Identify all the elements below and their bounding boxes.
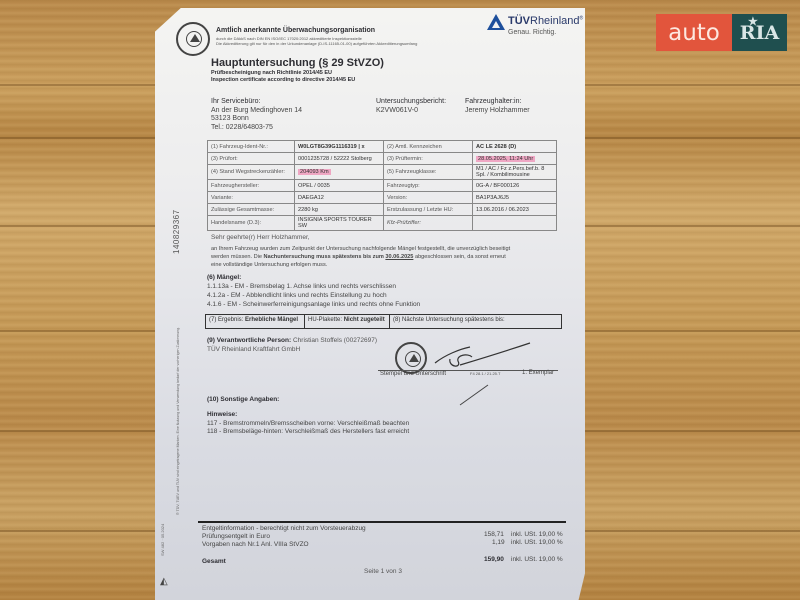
note-item: 117 - Bremstrommeln/Bremsscheiben vorne:… [207,420,409,427]
fees-divider [198,521,566,523]
watermark-ria: ★ RIA [732,14,787,51]
tuv-mark-icon: ◭ [160,576,168,587]
letter-p2-pre: werden müssen. Die [211,254,264,260]
page-number: Seite 1 von 3 [364,568,402,575]
badge-label: HU-Plakette: [308,317,344,323]
cell-manufacturer: OPEL / 0035 [295,180,384,192]
cell-label: Fahrzeughersteller: [208,180,295,192]
cell-label: Kfz-Prüfziffer: [384,216,473,231]
defect-item: 4.1.2a - EM - Abblendlicht links und rec… [207,292,387,299]
cell-label: (3) Prüftermin: [384,153,473,165]
form-code: F4 28.1 / 21.25.T [470,371,500,376]
cell-vin: W0LGT8G39G1116319 | x [295,141,384,153]
page-title: Hauptuntersuchung (§ 29 StVZO) [211,57,384,69]
brand-bold: TÜV [508,15,530,27]
cell-variant: DAEGA12 [295,192,384,204]
subtitle-en: Inspection certificate according to dire… [211,77,355,83]
cell-location: 0001235728 / 52222 Stolberg [295,153,384,165]
serial-number: 140829367 [172,209,181,254]
responsible-label: (9) Verantwortliche Person: [207,337,291,344]
autoria-watermark: auto ★ RIA [656,14,787,51]
vehicle-data-table: (1) Fahrzeug-Ident-Nr.: W0LGT8G39G111631… [207,140,557,231]
cell-label: (1) Fahrzeug-Ident-Nr.: [208,141,295,153]
total-tax: inkl. USt. 19,00 % [511,556,563,563]
fee-label: Vorgaben nach Nr.1 Anl. VIIIa StVZO [202,541,309,548]
star-icon: ★ [748,15,758,28]
service-street: An der Burg Medinghoven 14 [211,107,302,114]
result-box: (7) Ergebnis: Erhebliche Mängel HU-Plake… [205,314,562,329]
defect-item: 4.1.6 - EM - Scheinwerferreinigungsanlag… [207,301,420,308]
cell-label: (5) Fahrzeugklasse: [384,165,473,180]
org-title: Amtlich anerkannte Überwachungsorganisat… [216,27,375,34]
watermark-ria-text: RIA [740,22,779,44]
cell-vehicle-class: M1 / AC / Fz z.Pers.bef.b. 8 Spl. / Komb… [473,165,557,180]
holder-value: Jeremy Holzhammer [465,107,530,114]
cell-label: Version: [384,192,473,204]
letter-p2: werden müssen. Die Nachuntersuchung muss… [211,254,506,260]
copy-label: 1. Exemplar [522,370,554,376]
table-row: (1) Fahrzeug-Ident-Nr.: W0LGT8G39G111631… [208,141,557,153]
cell-mass: 2280 kg [295,204,384,216]
certification-stamp-icon [176,22,210,56]
badge-cell: HU-Plakette: Nicht zugeteilt [305,315,390,328]
greeting: Sehr geehrte(r) Herr Holzhammer, [211,234,310,241]
next-inspection-cell: (8) Nächste Untersuchung spätestens bis: [390,315,561,328]
tagline: Genau. Richtig. [508,29,556,36]
responsible-company: TÜV Rheinland Kraftfahrt GmbH [207,346,300,353]
fee-label: Prüfungsentgelt in Euro [202,533,270,540]
cell-label: Handelsname (D.3): [208,216,295,231]
total-label: Gesamt [202,558,226,565]
fee-tax: inkl. USt. 19,00 % [511,539,563,546]
cell-label: Erstzulassung / Letzte HU: [384,204,473,216]
total-amount: 159,90 [484,556,504,563]
cell-label: Zulässige Gesamtmasse: [208,204,295,216]
report-label: Untersuchungsbericht: [376,98,446,105]
brand-rest: Rheinland [530,15,580,27]
result-cell: (7) Ergebnis: Erhebliche Mängel [206,315,305,328]
table-row: Handelsname (D.3): INSIGNIA SPORTS TOURE… [208,216,557,231]
cell-inspection-date: 28.05.2025, 11:24 Uhr [476,156,535,162]
cell-plate: AC LE 2628 (D) [473,141,557,153]
cell-label: (3) Prüfort: [208,153,295,165]
service-tel: Tel.: 0228/64803-75 [211,124,273,131]
cell-version: BA1P3AJ6J5 [473,192,557,204]
brand-reg: ® [580,15,584,21]
cell-registration: 13.06.2016 / 06.2023 [473,204,557,216]
table-row: (3) Prüfort: 0001235728 / 52222 Stolberg… [208,153,557,165]
table-row: Variante: DAEGA12 Version: BA1P3AJ6J5 [208,192,557,204]
watermark-auto: auto [656,14,732,51]
cell-label: (2) Amtl. Kennzeichen [384,141,473,153]
defects-heading: (6) Mängel: [207,274,241,281]
letter-p3: eine vollständige Untersuchung erfolgen … [211,262,327,268]
letter-p1: an Ihrem Fahrzeug wurden zum Zeitpunkt d… [211,246,510,252]
legal-note: ® TÜV, TUEV und TUV sind eingetragene Ma… [176,327,180,515]
letter-p2-bold: Nachuntersuchung muss spätestens bis zum [264,254,386,260]
responsible-line: (9) Verantwortliche Person: Christian St… [207,337,377,344]
report-value: K2VW061V-0 [376,107,418,114]
service-city: 53123 Bonn [211,115,249,122]
letter-p2-post: abgeschlossen sein, da sonst erneut [413,254,505,260]
sign-label: Stempel und Unterschrift [380,371,446,377]
defect-item: 1.1.13a - EM - Bremsbelag 1. Achse links… [207,283,396,290]
holder-label: Fahrzeughalter:in: [465,98,521,105]
cell-trade-name: INSIGNIA SPORTS TOURER SW [295,216,384,231]
note-item: 118 - Bremsbeläge-hinten: Verschleißmaß … [207,428,409,435]
service-label: Ihr Servicebüro: [211,98,260,105]
fee-amount: 158,71 [484,531,504,538]
subtitle-de: Prüfbescheinigung nach Richtlinie 2014/4… [211,70,332,76]
cell-odometer: 204093 Km [298,169,331,175]
org-line-2: Die Akkreditierung gilt nur für den in d… [216,41,417,46]
table-row: (4) Stand Wegstreckenzähler: 204093 Km (… [208,165,557,180]
table-row: Zulässige Gesamtmasse: 2280 kg Erstzulas… [208,204,557,216]
cell-check-digit [473,216,557,231]
form-number: SW 482 · 05.2024 [160,524,165,556]
result-label: (7) Ergebnis: [209,317,245,323]
cell-label: (4) Stand Wegstreckenzähler: [208,165,295,180]
fee-tax: inkl. USt. 19,00 % [511,531,563,538]
fee-amount: 1,19 [492,539,505,546]
responsible-name: Christian Stoffels (00272697) [291,337,377,344]
notes-label: Hinweise: [207,411,237,418]
cell-type: 0G-A / BF000126 [473,180,557,192]
table-row: Fahrzeughersteller: OPEL / 0035 Fahrzeug… [208,180,557,192]
next-inspection-label: (8) Nächste Untersuchung spätestens bis: [393,317,505,323]
cell-label: Variante: [208,192,295,204]
cell-label: Fahrzeugtyp: [384,180,473,192]
result-value: Erhebliche Mängel [245,317,298,323]
fees-info: Entgeltinformation - berechtigt nicht zu… [202,525,366,532]
other-heading: (10) Sonstige Angaben: [207,396,279,403]
reinspection-deadline: 30.06.2025 [385,254,413,260]
badge-value: Nicht zugeteilt [344,317,385,323]
